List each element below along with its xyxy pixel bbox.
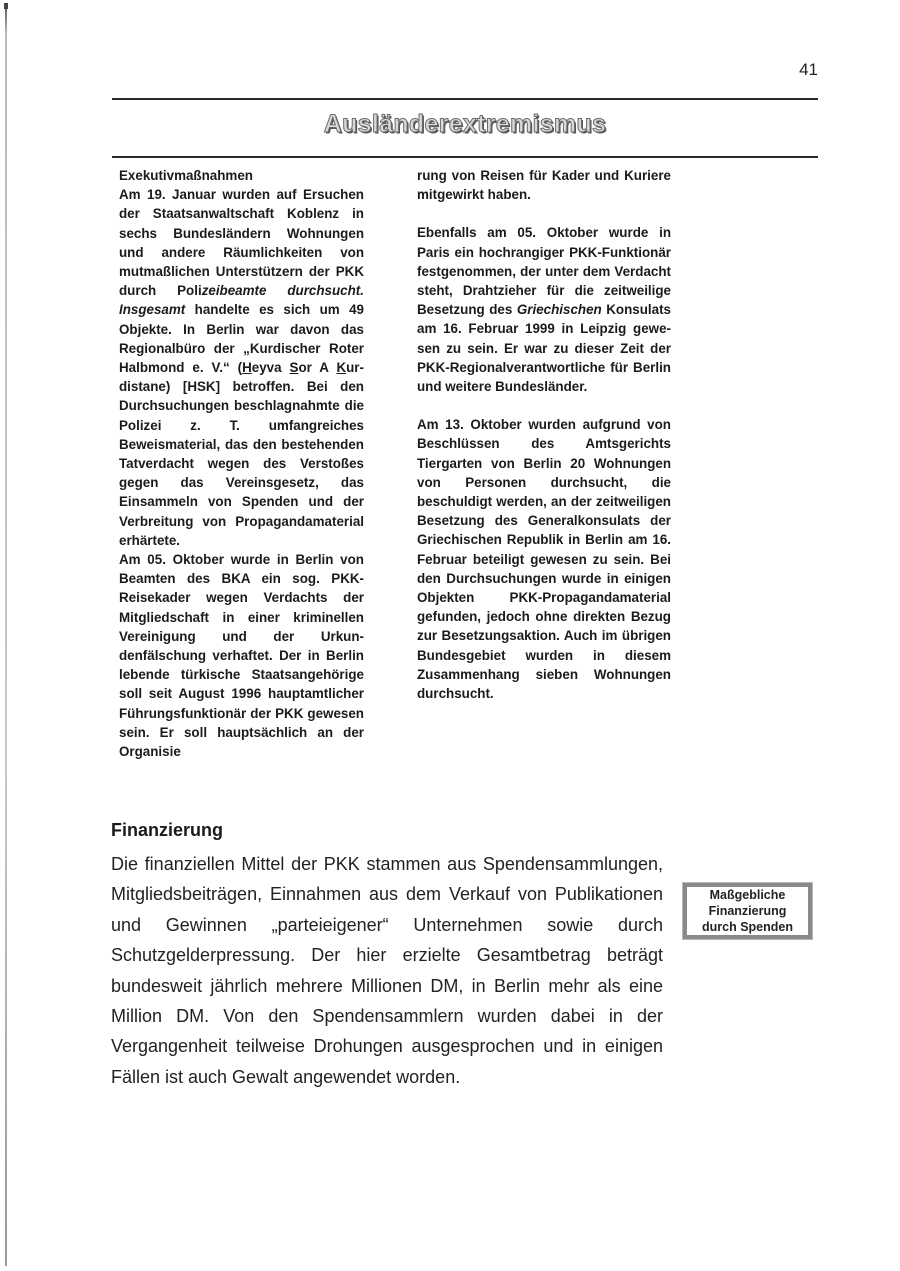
scan-corner-mark bbox=[4, 3, 8, 9]
header-rule-top bbox=[112, 98, 818, 100]
subsection-heading: Exekutivmaßnahmen bbox=[119, 166, 364, 185]
financing-heading: Finanzierung bbox=[111, 820, 223, 841]
section-title: Ausländerextremismus bbox=[112, 110, 818, 139]
paragraph-spacer bbox=[417, 204, 671, 223]
margin-note-line: Maßgebliche bbox=[710, 888, 786, 902]
financing-paragraph: Die finanziellen Mittel der PKK stammen … bbox=[111, 849, 663, 1092]
margin-note-line: durch Spenden bbox=[702, 920, 793, 934]
paragraph-searches-january: Am 19. Januar wurden auf Ersu­chen der S… bbox=[119, 185, 364, 550]
financing-body: Die finanziellen Mittel der PKK stammen … bbox=[111, 849, 663, 1092]
text-run: or A bbox=[298, 360, 336, 375]
paragraph-searches-october-13: Am 13. Oktober wurden aufgrund von Besch… bbox=[417, 415, 671, 703]
paragraph-paris-arrest: Ebenfalls am 05. Oktober wurde in Paris … bbox=[417, 223, 671, 396]
paragraph-spacer bbox=[417, 396, 671, 415]
text-run: Am 19. Januar wurden auf Ersu­chen der S… bbox=[119, 187, 364, 298]
left-column: Exekutivmaßnahmen Am 19. Januar wurden a… bbox=[119, 166, 364, 761]
margin-note-text: Maßgebliche Finanzierung durch Spenden bbox=[702, 887, 793, 935]
text-run: ur­distane) [HSK] betroffen. Bei den Dur… bbox=[119, 360, 364, 548]
header-rule-bottom bbox=[112, 156, 818, 158]
page-number: 41 bbox=[799, 60, 818, 80]
underlined-initial: H bbox=[242, 360, 252, 375]
scan-binding-edge bbox=[5, 4, 7, 1266]
margin-note-box: Maßgebliche Finanzierung durch Spenden bbox=[683, 883, 812, 939]
text-run: eyva bbox=[252, 360, 290, 375]
right-column: rung von Reisen für Kader und Kuriere mi… bbox=[417, 166, 671, 703]
paragraph-continuation: rung von Reisen für Kader und Kuriere mi… bbox=[417, 166, 671, 204]
paragraph-arrest-october-5: Am 05. Oktober wurde in Berlin von Beamt… bbox=[119, 550, 364, 761]
underlined-initial: K bbox=[336, 360, 346, 375]
italic-text-run: Griechischen bbox=[517, 302, 602, 317]
margin-note-line: Finanzierung bbox=[709, 904, 787, 918]
